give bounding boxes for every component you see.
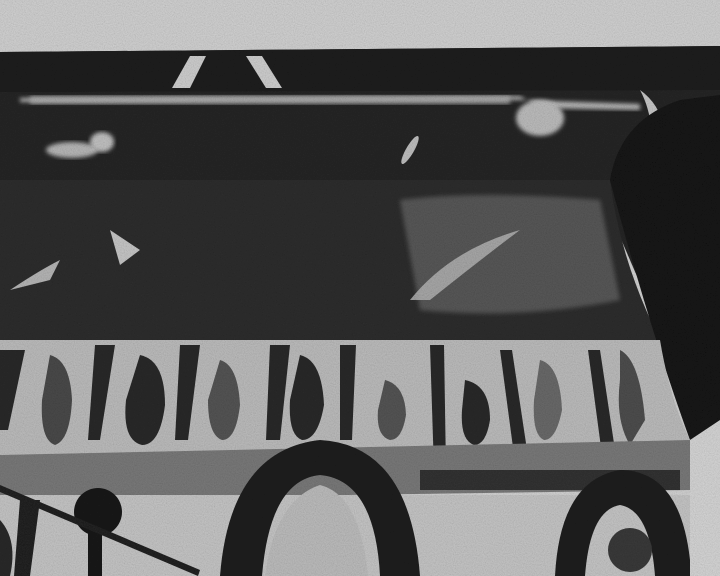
rim-lip <box>0 46 720 92</box>
photograph <box>0 0 720 576</box>
